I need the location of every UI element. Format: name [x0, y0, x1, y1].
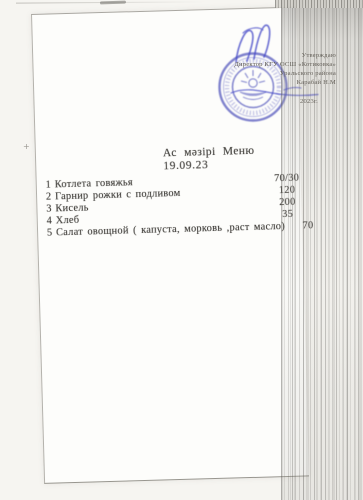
- scan-shadow-band: [281, 0, 363, 500]
- scan-shadow-top: [275, 0, 363, 8]
- scanned-page: + Ас мәзірі Меню 19.09.23 1 Котлета говя…: [0, 0, 363, 500]
